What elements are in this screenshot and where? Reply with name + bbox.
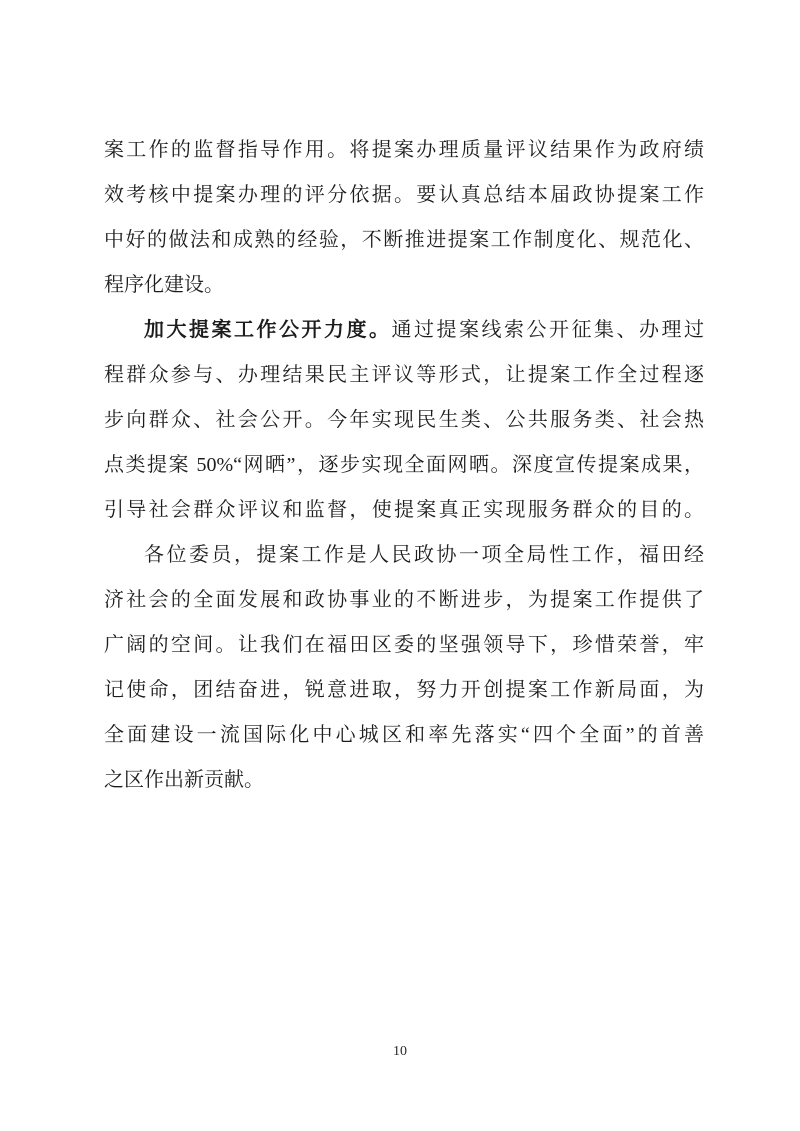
page-number: 10 [0,1042,800,1062]
text-line: 案工作的监督指导作用。将提案办理质量评议结果作为政府绩 [104,128,704,173]
text-line: 全面建设一流国际化中心城区和率先落实“四个全面”的首善 [104,713,704,758]
text-line: 加大提案工作公开力度。通过提案线索公开征集、办理过 [104,308,704,353]
text-run: 效考核中提案办理的评分依据。要认真总结本届政协提案工作 [104,184,704,206]
text-line: 程群众参与、办理结果民主评议等形式，让提案工作全过程逐 [104,353,704,398]
text-run: 之区作出新贡献。 [104,769,264,791]
document-page: 案工作的监督指导作用。将提案办理质量评议结果作为政府绩效考核中提案办理的评分依据… [0,0,800,1131]
text-run: 引导社会群众评议和监督，使提案真正实现服务群众的目的。 [104,499,704,521]
text-run: 通过提案线索公开征集、办理过 [392,319,705,341]
text-line: 各位委员，提案工作是人民政协一项全局性工作，福田经 [104,533,704,578]
text-run: 案工作的监督指导作用。将提案办理质量评议结果作为政府绩 [104,139,704,161]
text-run: 济社会的全面发展和政协事业的不断进步，为提案工作提供了 [104,589,704,611]
text-line: 之区作出新贡献。 [104,758,704,803]
paragraph: 加大提案工作公开力度。通过提案线索公开征集、办理过程群众参与、办理结果民主评议等… [104,308,704,533]
text-line: 效考核中提案办理的评分依据。要认真总结本届政协提案工作 [104,173,704,218]
document-body: 案工作的监督指导作用。将提案办理质量评议结果作为政府绩效考核中提案办理的评分依据… [104,128,704,803]
paragraph: 案工作的监督指导作用。将提案办理质量评议结果作为政府绩效考核中提案办理的评分依据… [104,128,704,308]
text-run: 记使命，团结奋进，锐意进取，努力开创提案工作新局面，为 [104,679,704,701]
text-line: 济社会的全面发展和政协事业的不断进步，为提案工作提供了 [104,578,704,623]
text-run: 全面建设一流国际化中心城区和率先落实“四个全面”的首善 [104,724,704,746]
text-line: 点类提案 50%“网晒”，逐步实现全面网晒。深度宣传提案成果， [104,443,704,488]
text-run: 步向群众、社会公开。今年实现民生类、公共服务类、社会热 [104,409,704,431]
text-line: 引导社会群众评议和监督，使提案真正实现服务群众的目的。 [104,488,704,533]
paragraph: 各位委员，提案工作是人民政协一项全局性工作，福田经济社会的全面发展和政协事业的不… [104,533,704,803]
text-line: 步向群众、社会公开。今年实现民生类、公共服务类、社会热 [104,398,704,443]
text-line: 广阔的空间。让我们在福田区委的坚强领导下，珍惜荣誉，牢 [104,623,704,668]
text-line: 程序化建设。 [104,263,704,308]
text-line: 中好的做法和成熟的经验，不断推进提案工作制度化、规范化、 [104,218,704,263]
text-run: 广阔的空间。让我们在福田区委的坚强领导下，珍惜荣誉，牢 [104,634,704,656]
text-run: 程序化建设。 [104,274,224,296]
text-run: 点类提案 50%“网晒”，逐步实现全面网晒。深度宣传提案成果， [104,454,704,476]
text-run: 程群众参与、办理结果民主评议等形式，让提案工作全过程逐 [104,364,704,386]
text-run: 各位委员，提案工作是人民政协一项全局性工作，福田经 [144,544,704,566]
bold-lead-in-heading: 加大提案工作公开力度。 [144,319,392,341]
text-run: 中好的做法和成熟的经验，不断推进提案工作制度化、规范化、 [104,229,704,251]
text-line: 记使命，团结奋进，锐意进取，努力开创提案工作新局面，为 [104,668,704,713]
